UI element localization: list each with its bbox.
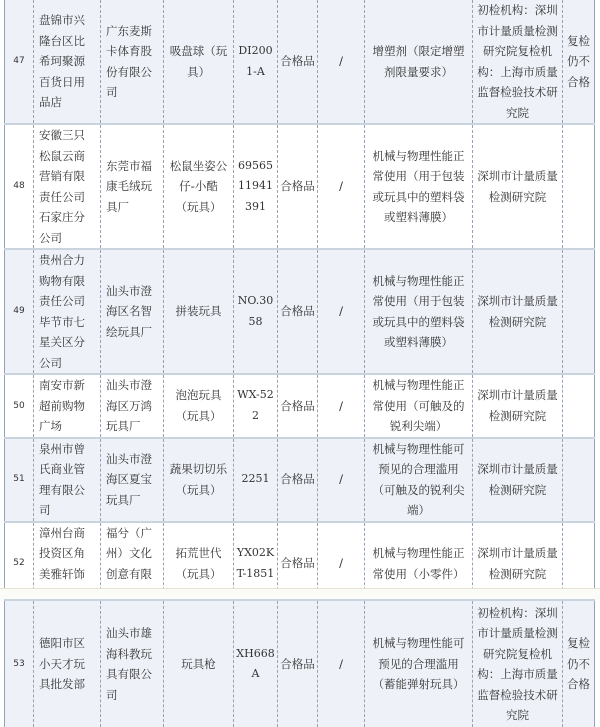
table-row: 48 安徽三只松鼠云商营销有限责任公司石家庄分公司 东莞市福康毛绒玩具厂 松鼠坐…: [5, 124, 595, 249]
test-result: 合格品: [278, 0, 318, 124]
model-spec: DI2001-A: [234, 0, 278, 124]
note: [563, 438, 595, 522]
test-result: 合格品: [278, 374, 318, 438]
failed-item: 机械与物理性能可预见的合理滥用（可触及的锐利尖端）: [365, 438, 473, 522]
manufacturer-name: 汕头市雄海科教玩具有限公司: [101, 600, 164, 727]
testing-lab: 初检机构：深圳市计量质量检测研究院复检机构：上海市质量监督检验技术研究院: [473, 600, 563, 727]
test-result: 合格品: [278, 600, 318, 727]
test-result: 合格品: [278, 124, 318, 249]
row-number: 50: [5, 374, 34, 438]
testing-lab: 初检机构：深圳市计量质量检测研究院复检机构：上海市质量监督检验技术研究院: [473, 0, 563, 124]
model-spec: 2251: [234, 438, 278, 522]
failed-item: 机械与物理性能正常使用（可触及的锐利尖端）: [365, 374, 473, 438]
trademark: /: [318, 249, 365, 374]
trademark: /: [318, 124, 365, 249]
failed-item: 机械与物理性能可预见的合理滥用（蓄能弹射玩具）: [365, 600, 473, 727]
testing-lab: 深圳市计量质量检测研究院: [473, 438, 563, 522]
manufacturer-name: 东莞市福康毛绒玩具厂: [101, 124, 164, 249]
row-number: 48: [5, 124, 34, 249]
note: 复检仍不合格: [563, 0, 595, 124]
trademark: /: [318, 600, 365, 727]
row-number: 53: [5, 600, 34, 727]
row-number: 49: [5, 249, 34, 374]
manufacturer-name: 汕头市澄海区夏宝玩具厂: [101, 438, 164, 522]
testing-lab: 深圳市计量质量检测研究院: [473, 374, 563, 438]
model-spec: XH668A: [234, 600, 278, 727]
note: [563, 374, 595, 438]
model-spec: WX-522: [234, 374, 278, 438]
testing-lab: 深圳市计量质量检测研究院: [473, 124, 563, 249]
row-number: 51: [5, 438, 34, 522]
manufacturer-name: 汕头市澄海区万鸿玩具厂: [101, 374, 164, 438]
testing-lab: 深圳市计量质量检测研究院: [473, 249, 563, 374]
product-name: 玩具枪: [164, 600, 234, 727]
table-row: 49 贵州合力购物有限责任公司毕节市七星关区分公司 汕头市澄海区名智绘玩具厂 拼…: [5, 249, 595, 374]
table-row: 47 盘锦市兴隆台区比希珂聚源百货日用品店 广东麦斯卡体育股份有限公司 吸盘球（…: [5, 0, 595, 124]
trademark: /: [318, 438, 365, 522]
test-result: 合格品: [278, 249, 318, 374]
table-row: 50 南安市新超前购物广场 汕头市澄海区万鸿玩具厂 泡泡玩具（玩具） WX-52…: [5, 374, 595, 438]
product-name: 吸盘球（玩具）: [164, 0, 234, 124]
table-row: 51 泉州市曾氏商业管理有限公司 汕头市澄海区夏宝玩具厂 蔬果切切乐（玩具） 2…: [5, 438, 595, 522]
note: [563, 249, 595, 374]
row-number: 47: [5, 0, 34, 124]
manufacturer-name: 广东麦斯卡体育股份有限公司: [101, 0, 164, 124]
seller-name: 泉州市曾氏商业管理有限公司: [34, 438, 101, 522]
seller-name: 南安市新超前购物广场: [34, 374, 101, 438]
model-spec: 6956511941391: [234, 124, 278, 249]
seller-name: 安徽三只松鼠云商营销有限责任公司石家庄分公司: [34, 124, 101, 249]
seller-name: 盘锦市兴隆台区比希珂聚源百货日用品店: [34, 0, 101, 124]
product-name: 蔬果切切乐（玩具）: [164, 438, 234, 522]
product-name: 松鼠坐姿公仔-小酷（玩具）: [164, 124, 234, 249]
failed-item: 机械与物理性能正常使用（用于包装或玩具中的塑料袋或塑料薄膜）: [365, 249, 473, 374]
recall-results-table: 47 盘锦市兴隆台区比希珂聚源百货日用品店 广东麦斯卡体育股份有限公司 吸盘球（…: [4, 0, 595, 607]
note: 复检仍不合格: [563, 600, 595, 727]
product-name: 拼装玩具: [164, 249, 234, 374]
note: [563, 124, 595, 249]
failed-item: 增塑剂（限定增塑剂限量要求）: [365, 0, 473, 124]
recall-results-table-continued: 53 德阳市区小天才玩具批发部 汕头市雄海科教玩具有限公司 玩具枪 XH668A…: [4, 599, 595, 727]
failed-item: 机械与物理性能正常使用（用于包装或玩具中的塑料袋或塑料薄膜）: [365, 124, 473, 249]
manufacturer-name: 汕头市澄海区名智绘玩具厂: [101, 249, 164, 374]
seller-name: 贵州合力购物有限责任公司毕节市七星关区分公司: [34, 249, 101, 374]
trademark: /: [318, 374, 365, 438]
table-row: 53 德阳市区小天才玩具批发部 汕头市雄海科教玩具有限公司 玩具枪 XH668A…: [5, 600, 595, 727]
model-spec: NO.3058: [234, 249, 278, 374]
trademark: /: [318, 0, 365, 124]
test-result: 合格品: [278, 438, 318, 522]
product-name: 泡泡玩具（玩具）: [164, 374, 234, 438]
seller-name: 德阳市区小天才玩具批发部: [34, 600, 101, 727]
